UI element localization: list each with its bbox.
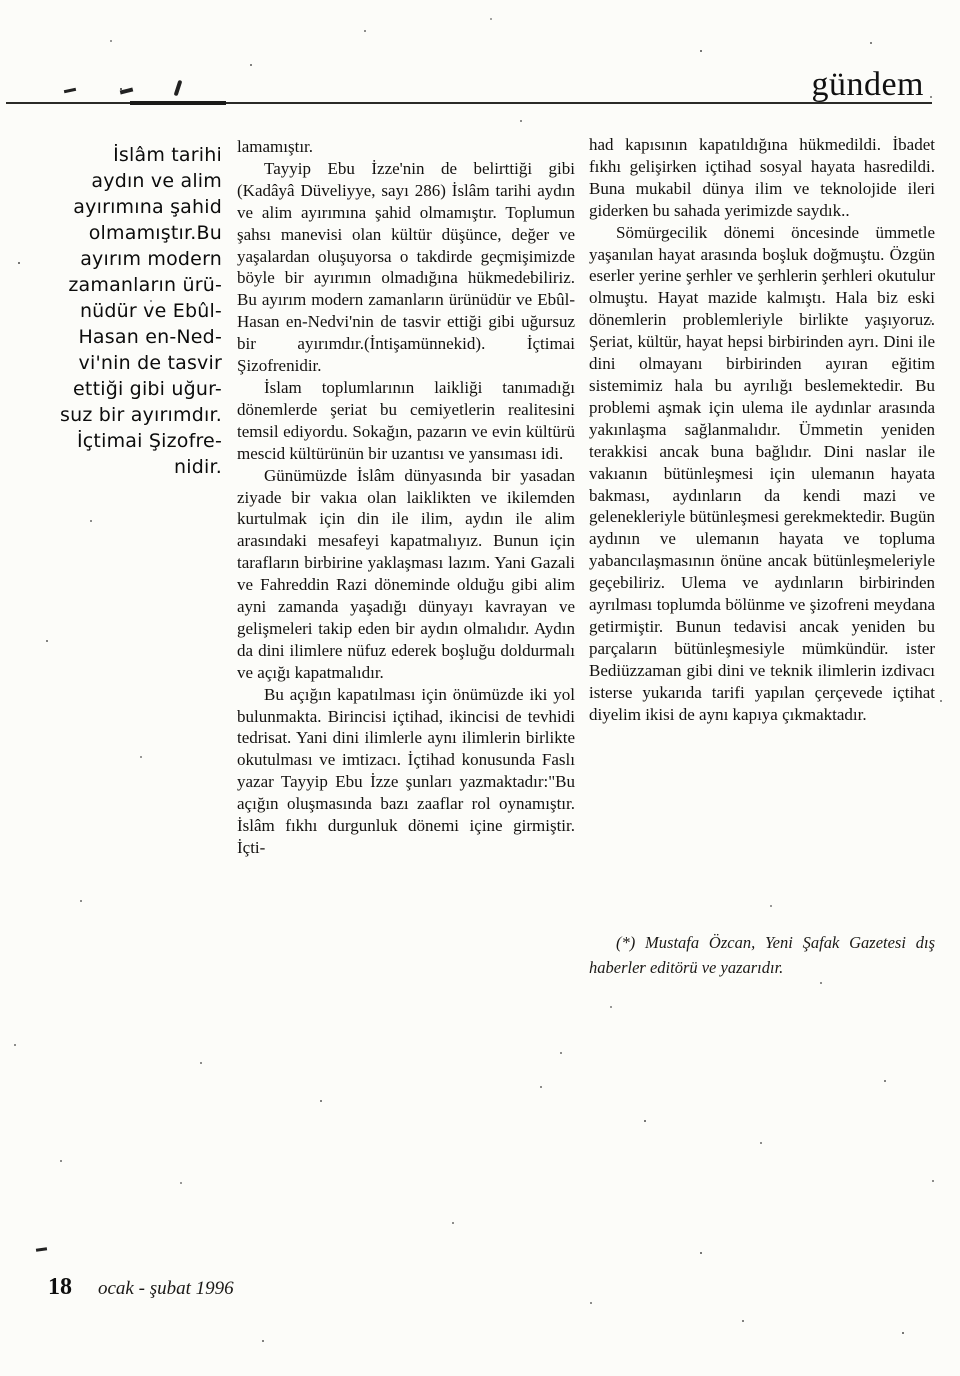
body-paragraph: Tayyip Ebu İzze'nin de belirttiği gibi (… (237, 158, 575, 377)
section-title: gündem (811, 66, 924, 104)
scan-speckles (0, 0, 2, 2)
issue-date: ocak - şubat 1996 (98, 1278, 234, 1300)
scan-stray-mark (64, 88, 76, 93)
scan-stray-mark (174, 80, 183, 96)
body-paragraph: had kapısının kapatıldığına hükmedildi. … (589, 134, 935, 222)
scanned-magazine-page: gündem İslâm tarihi aydın ve alim ayırım… (0, 0, 960, 1376)
header-rule-thick-segment (130, 101, 226, 105)
body-paragraph: Bu açığın kapatılması için önümüzde iki … (237, 684, 575, 859)
body-paragraph: İslam toplumlarının laikliği tanımadığı … (237, 377, 575, 465)
author-footnote: (*) Mustafa Özcan, Yeni Şafak Gazetesi d… (589, 930, 935, 980)
article-column-right: had kapısının kapatıldığına hükmedildi. … (589, 134, 935, 725)
body-paragraph: Günümüzde İslâm dünyasında bir yasadan z… (237, 465, 575, 684)
body-paragraph: lamamıştır. (237, 136, 575, 158)
pull-quote: İslâm tarihi aydın ve alim ayırımına şah… (26, 142, 222, 480)
page-number: 18 (48, 1274, 72, 1301)
scan-stray-mark (36, 1247, 47, 1252)
article-column-left: lamamıştır. Tayyip Ebu İzze'nin de belir… (237, 136, 575, 859)
body-paragraph: Sömürgecilik dönemi öncesinde ümmetle ya… (589, 222, 935, 726)
page-footer: 18 ocak - şubat 1996 (48, 1274, 234, 1301)
scan-stray-mark (120, 87, 134, 94)
